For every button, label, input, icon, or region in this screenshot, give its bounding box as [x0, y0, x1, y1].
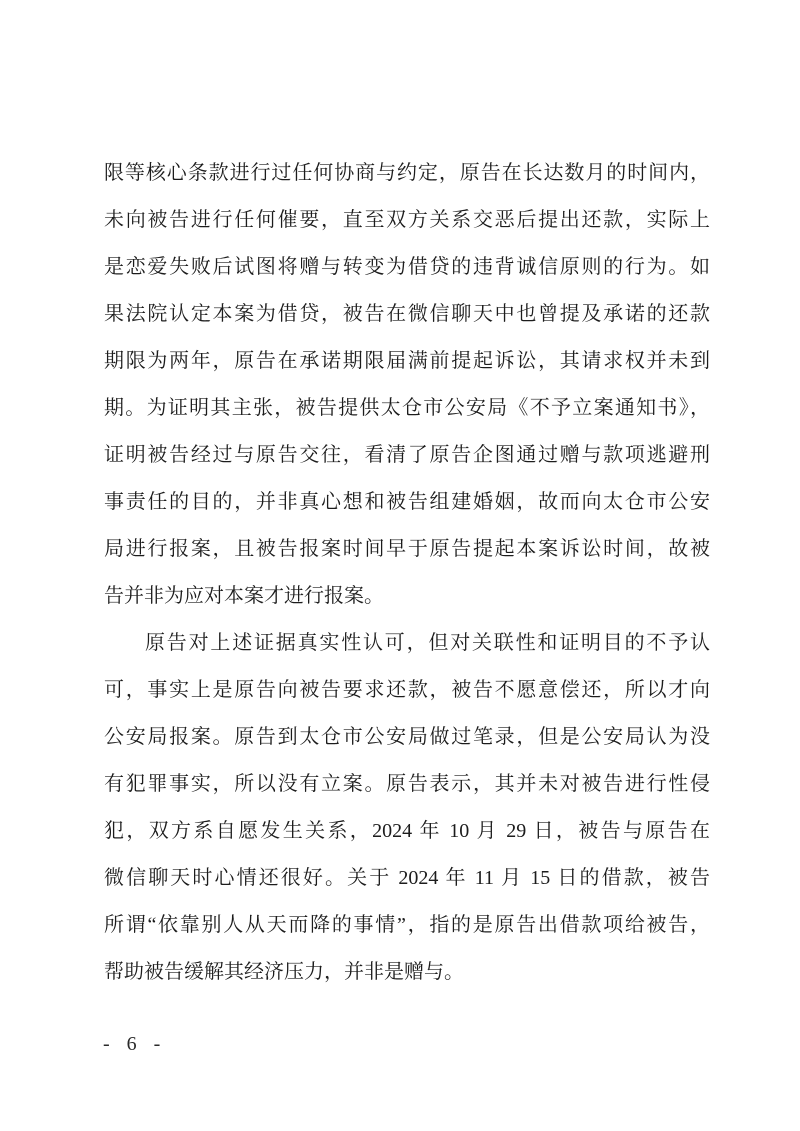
text-line: 可，事实上是原告向被告要求还款，被告不愿意偿还，所以才向 [104, 667, 710, 714]
text-line: 期。为证明其主张，被告提供太仓市公安局《不予立案通知书》， [104, 385, 710, 432]
text-line: 有犯罪事实，所以没有立案。原告表示，其并未对被告进行性侵 [104, 761, 710, 808]
text-line: 告并非为应对本案才进行报案。 [104, 573, 710, 620]
text-line: 公安局报案。原告到太仓市公安局做过笔录，但是公安局认为没 [104, 714, 710, 761]
text-line: 原告对上述证据真实性认可，但对关联性和证明目的不予认 [104, 620, 710, 667]
paragraph: 原告对上述证据真实性认可，但对关联性和证明目的不予认可，事实上是原告向被告要求还… [104, 620, 710, 996]
text-line: 是恋爱失败后试图将赠与转变为借贷的违背诚信原则的行为。如 [104, 244, 710, 291]
document-page: 限等核心条款进行过任何协商与约定，原告在长达数月的时间内，未向被告进行任何催要，… [0, 0, 800, 1131]
text-line: 期限为两年，原告在承诺期限届满前提起诉讼，其请求权并未到 [104, 338, 710, 385]
text-line: 未向被告进行任何催要，直至双方关系交恶后提出还款，实际上 [104, 197, 710, 244]
text-line: 果法院认定本案为借贷，被告在微信聊天中也曾提及承诺的还款 [104, 291, 710, 338]
page-number: - 6 - [103, 1030, 166, 1058]
text-line: 帮助被告缓解其经济压力，并非是赠与。 [104, 949, 710, 996]
paragraph: 限等核心条款进行过任何协商与约定，原告在长达数月的时间内，未向被告进行任何催要，… [104, 150, 710, 620]
text-block: 限等核心条款进行过任何协商与约定，原告在长达数月的时间内，未向被告进行任何催要，… [104, 150, 710, 996]
text-line: 证明被告经过与原告交往，看清了原告企图通过赠与款项逃避刑 [104, 432, 710, 479]
text-line: 犯，双方系自愿发生关系，2024 年 10 月 29 日，被告与原告在 [104, 808, 710, 855]
text-line: 限等核心条款进行过任何协商与约定，原告在长达数月的时间内， [104, 150, 710, 197]
text-line: 局进行报案，且被告报案时间早于原告提起本案诉讼时间，故被 [104, 526, 710, 573]
text-line: 事责任的目的，并非真心想和被告组建婚姻，故而向太仓市公安 [104, 479, 710, 526]
text-line: 所谓“依靠别人从天而降的事情”，指的是原告出借款项给被告， [104, 902, 710, 949]
text-line: 微信聊天时心情还很好。关于 2024 年 11 月 15 日的借款，被告 [104, 855, 710, 902]
